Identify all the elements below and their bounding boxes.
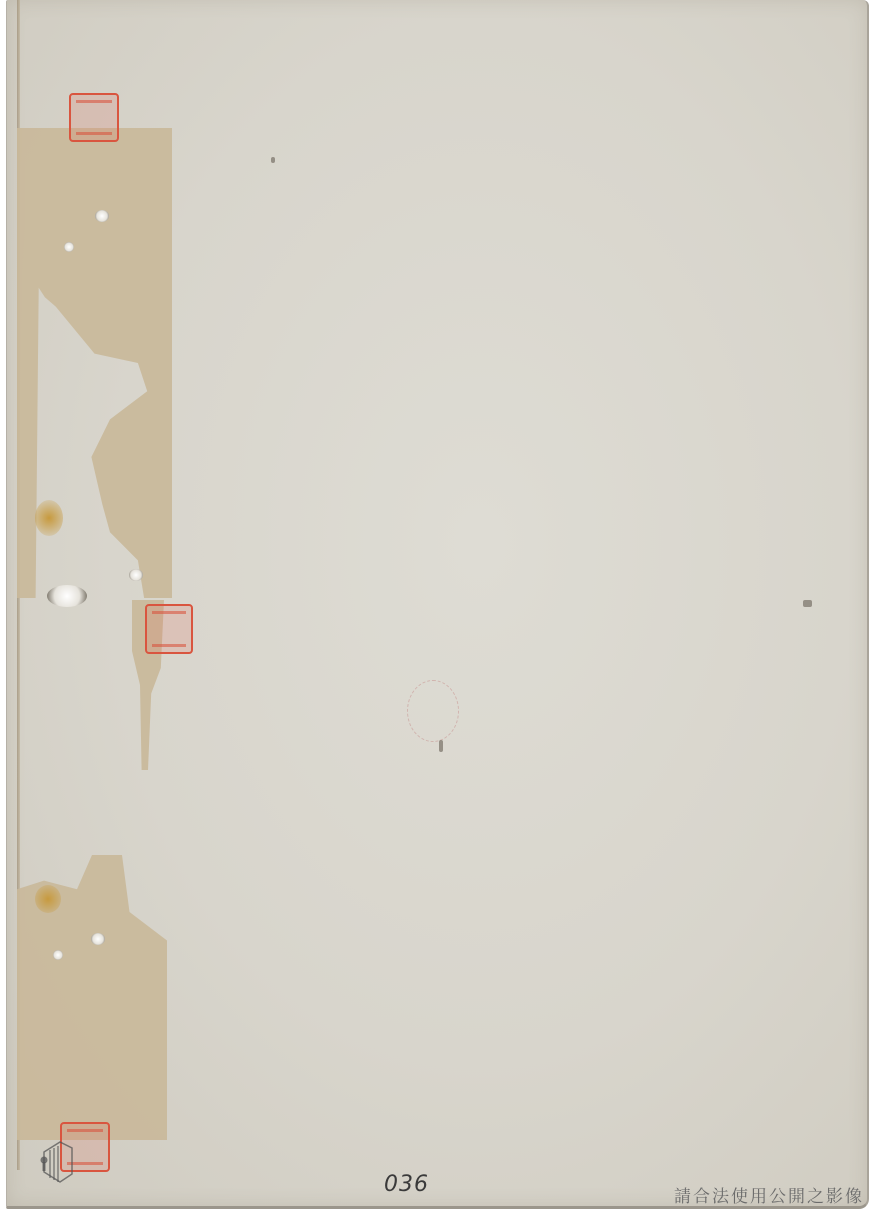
stain-mark — [35, 885, 61, 913]
binding-hole — [64, 242, 74, 252]
binding-hole — [95, 210, 109, 222]
faint-seal-mark — [407, 680, 459, 742]
speck — [439, 740, 443, 752]
binding-hole — [91, 933, 105, 945]
page-number: 036 — [384, 1172, 429, 1197]
book-library-logo-icon — [38, 1138, 78, 1184]
document-page — [6, 0, 869, 1209]
stain-mark — [35, 500, 63, 536]
binding-hole — [47, 585, 87, 607]
red-seal-stamp — [145, 604, 193, 654]
red-seal-stamp — [69, 93, 119, 142]
speck — [271, 157, 275, 163]
usage-watermark: 請合法使用公開之影像 — [674, 1182, 864, 1207]
speck — [803, 600, 812, 607]
binding-hole — [129, 569, 143, 581]
binding-hole — [53, 950, 63, 960]
